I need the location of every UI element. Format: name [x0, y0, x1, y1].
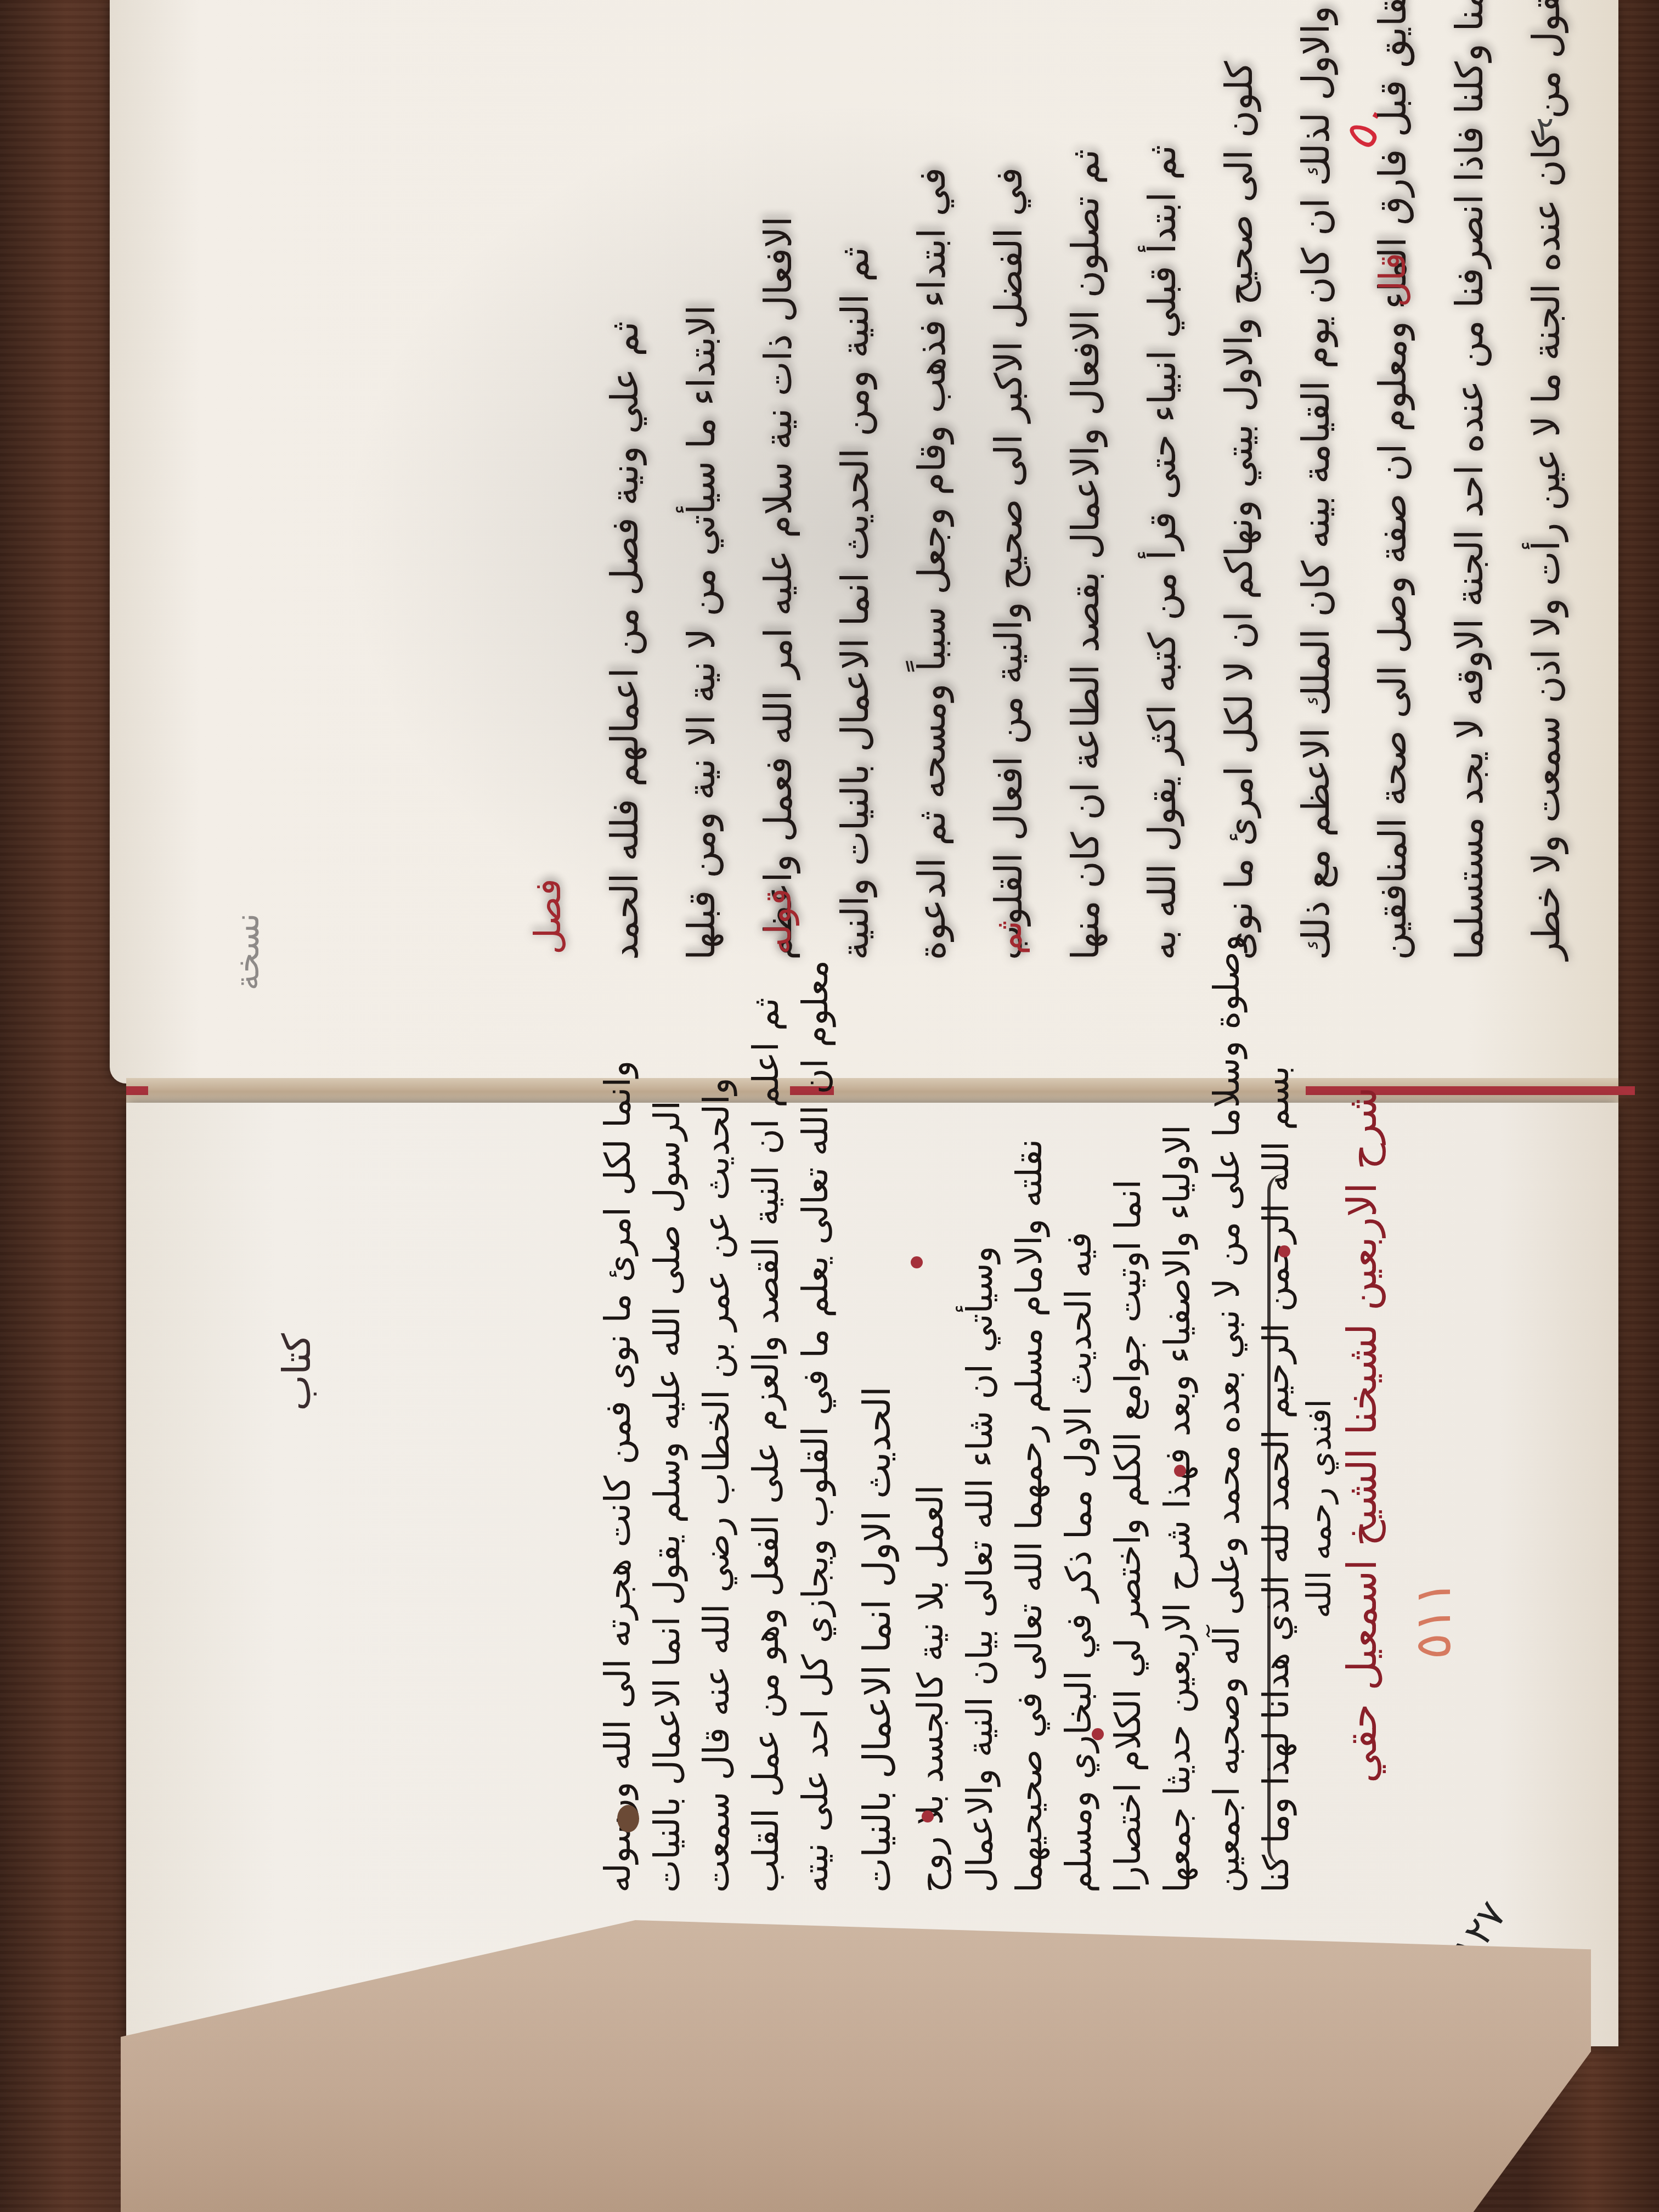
red-thread — [126, 1086, 148, 1095]
text-line: فيه الحديث الاول مما ذكر في البخاري ومسل… — [1059, 1232, 1099, 1893]
red-verse-dot — [911, 1256, 923, 1268]
text-line: حقايق قبل فارق الماء ومعلوم ان صفة وصل ا… — [1372, 0, 1415, 960]
shelf-mark: ٥١١ — [1404, 1580, 1462, 1660]
text-line: انما اوتيت جوامع الكلم واختصر لي الكلام … — [1108, 1180, 1149, 1893]
marginal-faint-note: نسخة — [228, 913, 267, 990]
rubric-word: فصل — [527, 878, 569, 955]
text-line: والحديث عن عمر بن الخطاب رضي الله عنه قا… — [697, 1077, 737, 1893]
rubric-word: قوله — [757, 888, 799, 955]
rubric-word: قال — [1372, 252, 1414, 307]
text-line: كلون الى صحيح والاول بيتي ونهاكم ان لا ل… — [1218, 61, 1261, 960]
text-line: معلوم ان الله تعالى يعلم ما في القلوب وي… — [795, 960, 836, 1893]
text-line: في ابتداء فذهب وقام وجعل سبباً ومسحه ثم … — [911, 167, 954, 960]
red-verse-dot — [922, 1810, 934, 1822]
text-line: ثم ابتدأ قبلي انبياء حتى قرأ من كتبه اكث… — [1141, 145, 1184, 960]
text-line: ثم اعلم ان النية القصد والعزم على الفعل … — [746, 998, 787, 1893]
title-line-1: شرح الاربعين لشيخنا الشيخ اسمعيل حقي — [1339, 1087, 1386, 1783]
red-verse-dot — [1092, 1728, 1104, 1740]
text-line: ثم النية ومن الحديث انما الاعمال بالنيات… — [834, 247, 877, 960]
paper-damage-spot — [617, 1805, 639, 1832]
text-line: وانما لكل امرئ ما نوى فمن كانت هجرته الى… — [598, 1060, 639, 1893]
red-verse-dot — [1174, 1465, 1186, 1477]
rubric-word: ثم — [988, 921, 1030, 955]
text-line: نقلته والامام مسلم رحمهما الله تعالى في … — [1009, 1139, 1050, 1893]
book-spine-binding — [126, 1078, 1618, 1105]
text-line: سمنا وكلنا فاذا انصرفنا من عنده احد الجن… — [1448, 0, 1492, 960]
text-line: ثم تصلون الافعال والاعمال بقصد الطاعة ان… — [1064, 149, 1108, 960]
text-line: بسم الله الرحمن الرحيم الحمد لله الذي هد… — [1256, 1065, 1297, 1893]
text-line: وصلوة وسلاما على من لا نبي بعده محمد وعل… — [1207, 934, 1248, 1893]
text-line: الرسول صلى الله عليه وسلم يقول انما الاع… — [647, 1101, 688, 1893]
text-line: وسيأتي ان شاء الله تعالى بيان النية والا… — [960, 1246, 1001, 1893]
text-line: كان يقول من كان عنده الجنة ما لا عين رأت… — [1525, 0, 1568, 960]
text-line: العمل بلا نية كالجسد بلا روح — [911, 1485, 951, 1893]
text-line: الافعال ذات نية سلام عليه امر الله فعمل … — [757, 216, 800, 960]
title-line-2: افندي رحمه الله — [1300, 1399, 1339, 1618]
marginal-signature: كتاب — [274, 1333, 319, 1411]
chapter-heading: الحديث الاول انما الاعمال بالنيات — [856, 1386, 899, 1893]
text-line: والاول لذلك ان كان يوم القيامة بينه كان … — [1295, 5, 1338, 960]
text-line: الاولياء والاصفياء وبعد فهذا شرح الاربعي… — [1158, 1125, 1198, 1893]
text-line: الابتداء ما سيأتي من لا نية الا نية ومن … — [680, 305, 724, 960]
text-line: في الفضل الاكبر الى صحيح والنية من افعال… — [988, 167, 1031, 960]
text-line: ثم علي ونية فصل من اعمالهم فلله الحمد — [603, 321, 647, 960]
manuscript-page-top: ٥٠ ٢ نسخة كان يقول من كان عنده الجنة ما … — [110, 0, 1618, 1084]
red-verse-dot — [1278, 1245, 1290, 1257]
